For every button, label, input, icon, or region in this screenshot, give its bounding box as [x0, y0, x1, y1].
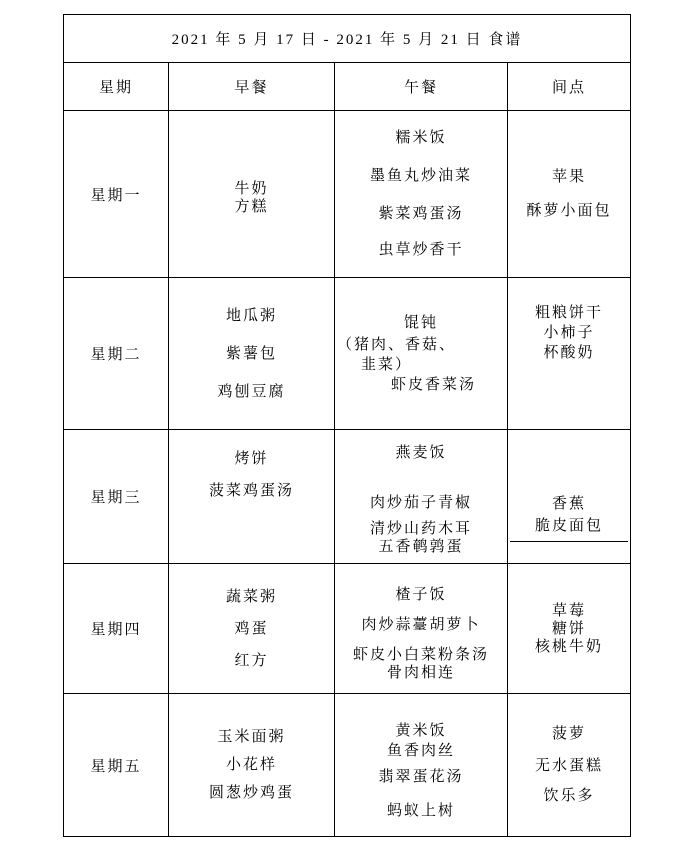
- header-breakfast: 早餐: [169, 63, 335, 111]
- menu-item: 苹果: [552, 168, 586, 186]
- menu-item: 韭菜）: [361, 356, 412, 374]
- menu-item: 紫薯包: [226, 345, 277, 363]
- day-cell: 星期二: [64, 278, 169, 430]
- menu-item: 地瓜粥: [226, 307, 277, 325]
- header-snack: 间点: [508, 63, 631, 111]
- menu-item: 蔬菜粥: [226, 588, 277, 606]
- breakfast-cell: 烤饼 菠菜鸡蛋汤: [169, 430, 335, 564]
- snack-cell: 苹果 酥萝小面包: [508, 111, 631, 278]
- table-row: 星期二 地瓜粥 紫薯包 鸡刨豆腐 馄钝 （猪肉、香菇、 韭菜） 虾皮香菜汤 粗粮: [64, 278, 631, 430]
- header-lunch: 午餐: [335, 63, 508, 111]
- menu-item: 粗粮饼干: [535, 304, 603, 322]
- menu-item: 饮乐多: [543, 787, 594, 805]
- document-title: 2021 年 5 月 17 日 - 2021 年 5 月 21 日 食谱: [64, 15, 631, 63]
- menu-item: 翡翠蛋花汤: [378, 768, 463, 786]
- menu-item: 蚂蚁上树: [387, 802, 455, 820]
- snack-cell: 粗粮饼干 小柿子 杯酸奶: [508, 278, 631, 430]
- underline-rule: [510, 541, 627, 542]
- menu-item: 圆葱炒鸡蛋: [209, 784, 294, 802]
- menu-item: 馄钝: [404, 314, 438, 332]
- menu-item: 五香鹌鹑蛋: [378, 538, 463, 556]
- breakfast-cell: 牛奶 方糕: [169, 111, 335, 278]
- day-cell: 星期四: [64, 564, 169, 694]
- menu-item: 玉米面粥: [217, 728, 285, 746]
- breakfast-cell: 玉米面粥 小花样 圆葱炒鸡蛋: [169, 694, 335, 837]
- menu-document: 2021 年 5 月 17 日 - 2021 年 5 月 21 日 食谱 星期 …: [63, 14, 631, 837]
- snack-cell: 菠萝 无水蛋糕 饮乐多: [508, 694, 631, 837]
- menu-item: 糯米饭: [395, 129, 446, 147]
- day-cell: 星期三: [64, 430, 169, 564]
- page: { "document": { "title": "2021 年 5 月 17 …: [0, 0, 692, 851]
- title-row: 2021 年 5 月 17 日 - 2021 年 5 月 21 日 食谱: [64, 15, 631, 63]
- menu-item: 鱼香肉丝: [387, 742, 455, 760]
- table-row: 星期五 玉米面粥 小花样 圆葱炒鸡蛋 黄米饭 鱼香肉丝 翡翠蛋花汤 蚂蚁上树 菠: [64, 694, 631, 837]
- menu-item: 楂子饭: [395, 586, 446, 604]
- menu-item: 肉炒茄子青椒: [370, 494, 472, 512]
- menu-item: 菠萝: [552, 725, 586, 743]
- menu-item: 清炒山药木耳: [370, 520, 472, 538]
- menu-item: 虾皮小白菜粉条汤: [353, 646, 489, 664]
- lunch-cell: 楂子饭 肉炒蒜薹胡萝卜 虾皮小白菜粉条汤 骨肉相连: [335, 564, 508, 694]
- menu-item: 无水蛋糕: [535, 757, 603, 775]
- menu-item: 方糕: [234, 198, 268, 216]
- menu-item: 小柿子: [543, 324, 594, 342]
- menu-item: 小花样: [226, 756, 277, 774]
- header-row: 星期 早餐 午餐 间点: [64, 63, 631, 111]
- menu-item: 牛奶: [234, 180, 268, 198]
- table-row: 星期四 蔬菜粥 鸡蛋 红方 楂子饭 肉炒蒜薹胡萝卜 虾皮小白菜粉条汤 骨肉相连: [64, 564, 631, 694]
- menu-item: 鸡蛋: [234, 620, 268, 638]
- menu-table: 2021 年 5 月 17 日 - 2021 年 5 月 21 日 食谱 星期 …: [63, 14, 631, 837]
- lunch-cell: 糯米饭 墨鱼丸炒油菜 紫菜鸡蛋汤 虫草炒香干: [335, 111, 508, 278]
- menu-item: 墨鱼丸炒油菜: [370, 167, 472, 185]
- day-cell: 星期五: [64, 694, 169, 837]
- menu-item: 酥萝小面包: [526, 202, 611, 220]
- menu-item: 黄米饭: [395, 722, 446, 740]
- day-cell: 星期一: [64, 111, 169, 278]
- breakfast-cell: 蔬菜粥 鸡蛋 红方: [169, 564, 335, 694]
- menu-item: 红方: [234, 652, 268, 670]
- menu-item: 燕麦饭: [395, 444, 446, 462]
- lunch-cell: 燕麦饭 肉炒茄子青椒 清炒山药木耳 五香鹌鹑蛋: [335, 430, 508, 564]
- header-day: 星期: [64, 63, 169, 111]
- menu-item: 核桃牛奶: [535, 638, 603, 656]
- menu-item: 虫草炒香干: [378, 241, 463, 259]
- menu-item: 香蕉: [552, 495, 586, 513]
- table-row: 星期一 牛奶 方糕 糯米饭 墨鱼丸炒油菜 紫菜鸡蛋汤 虫草炒香干 苹果 酥萝小面: [64, 111, 631, 278]
- menu-item: 骨肉相连: [387, 664, 455, 682]
- menu-item: 脆皮面包: [535, 517, 603, 535]
- menu-item: 鸡刨豆腐: [217, 383, 285, 401]
- breakfast-cell: 地瓜粥 紫薯包 鸡刨豆腐: [169, 278, 335, 430]
- menu-item: 杯酸奶: [543, 344, 594, 362]
- lunch-cell: 馄钝 （猪肉、香菇、 韭菜） 虾皮香菜汤: [335, 278, 508, 430]
- table-row: 星期三 烤饼 菠菜鸡蛋汤 燕麦饭 肉炒茄子青椒 清炒山药木耳 五香鹌鹑蛋 香蕉: [64, 430, 631, 564]
- menu-item: 紫菜鸡蛋汤: [378, 205, 463, 223]
- snack-cell: 香蕉 脆皮面包: [508, 430, 631, 564]
- menu-item: 肉炒蒜薹胡萝卜: [361, 616, 480, 634]
- lunch-cell: 黄米饭 鱼香肉丝 翡翠蛋花汤 蚂蚁上树: [335, 694, 508, 837]
- snack-cell: 草莓 糖饼 核桃牛奶: [508, 564, 631, 694]
- menu-item: 烤饼: [234, 450, 268, 468]
- menu-item: （猪肉、香菇、: [337, 336, 456, 354]
- menu-item: 虾皮香菜汤: [391, 376, 476, 394]
- menu-item: 糖饼: [552, 620, 586, 638]
- menu-item: 菠菜鸡蛋汤: [209, 482, 294, 500]
- menu-item: 草莓: [552, 602, 586, 620]
